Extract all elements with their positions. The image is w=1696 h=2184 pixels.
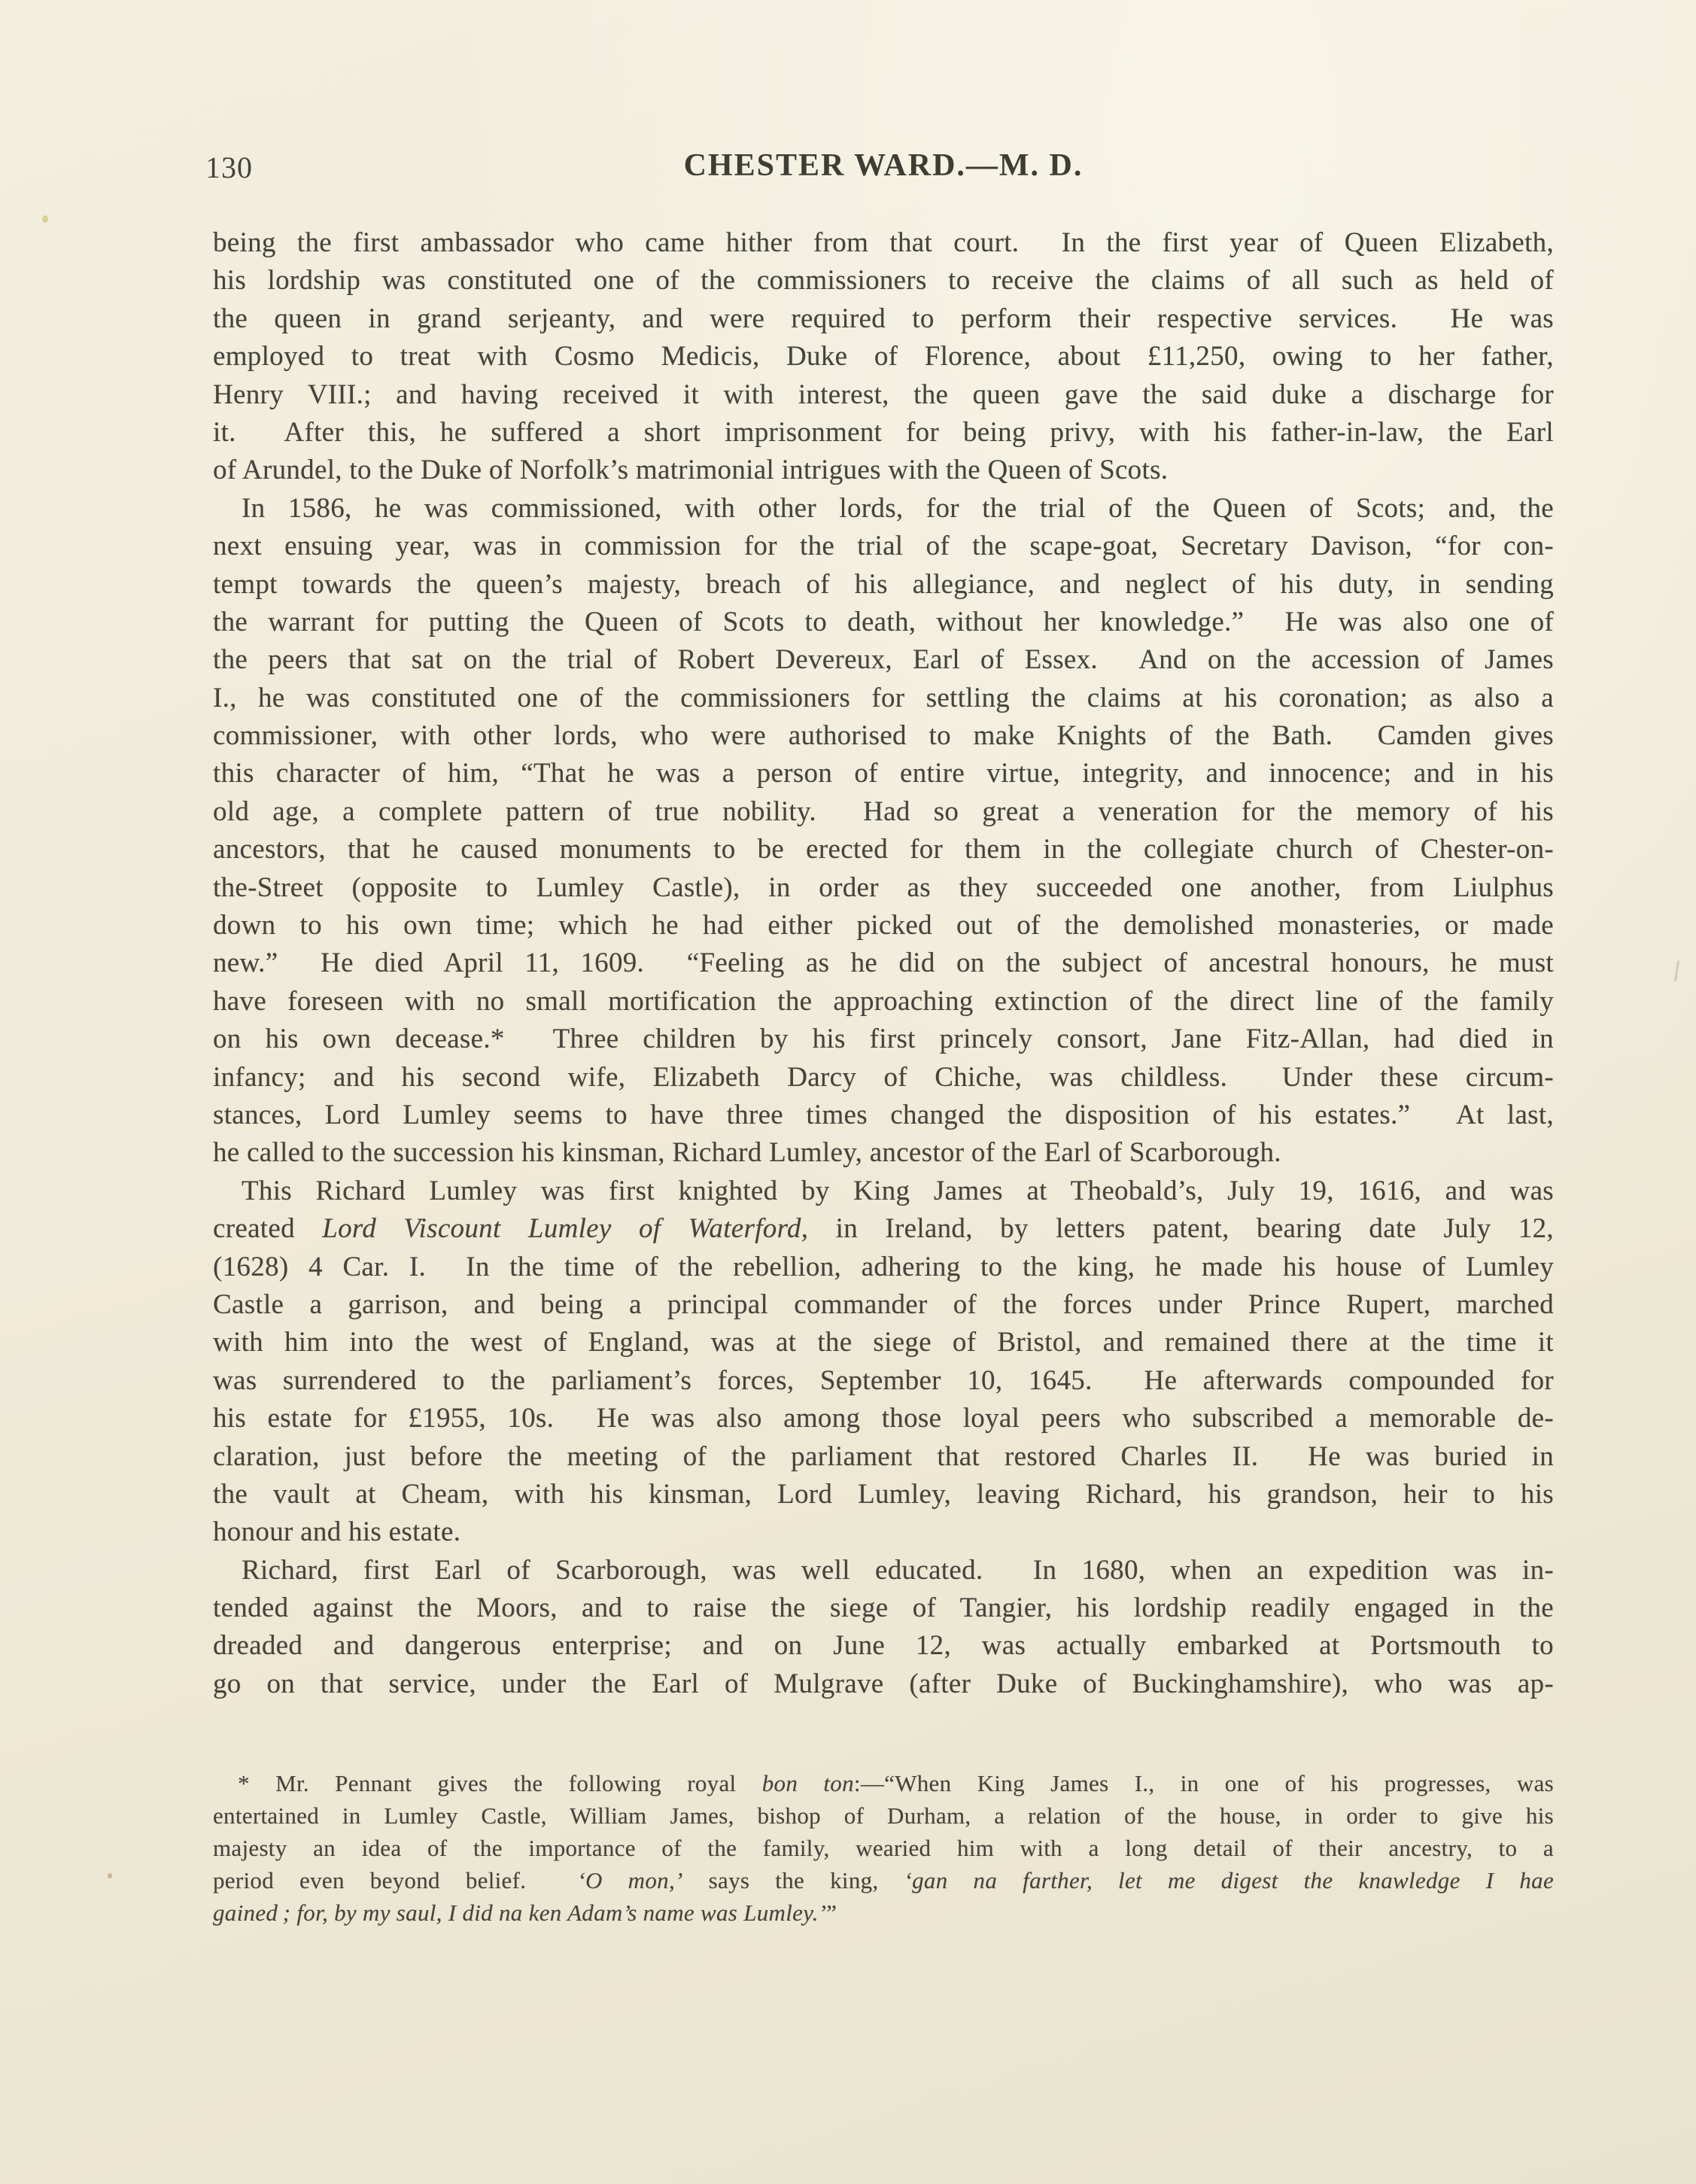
paragraph: In 1586, he was commissioned, with other… [213, 490, 1554, 1173]
text-segment: old age, a complete pattern of true nobi… [213, 796, 1554, 827]
page-number: 130 [205, 150, 253, 185]
text-segment: of Arundel, to the Duke of Norfolk’s mat… [213, 455, 1168, 485]
text-segment: in Ireland, by letters patent, bearing d… [808, 1213, 1554, 1244]
text-segment: the vault at Cheam, with his kinsman, Lo… [213, 1479, 1554, 1510]
text-line: commissioner, with other lords, who were… [213, 717, 1554, 755]
text-segment: ancestors, that he caused monuments to b… [213, 834, 1554, 865]
text-segment: period even beyond belief. [213, 1867, 577, 1894]
text-segment: entertained in Lumley Castle, William Ja… [213, 1802, 1554, 1829]
text-segment: was surrendered to the parliament’s forc… [213, 1365, 1554, 1396]
text-segment: his estate for £1955, 10s. He was also a… [213, 1403, 1554, 1434]
text-segment: created [213, 1213, 322, 1244]
text-segment: (1628) 4 Car. I. In the time of the rebe… [213, 1252, 1554, 1282]
text-line: on his own decease.* Three children by h… [213, 1021, 1554, 1058]
text-segment: this character of him, “That he was a pe… [213, 758, 1554, 789]
text-line: go on that service, under the Earl of Mu… [213, 1665, 1554, 1703]
paper-speck [108, 1873, 112, 1878]
text-segment: says the king, [683, 1867, 904, 1894]
text-line: he called to the succession his kinsman,… [213, 1134, 1554, 1172]
text-line: employed to treat with Cosmo Medicis, Du… [213, 338, 1554, 376]
text-line: honour and his estate. [213, 1513, 1554, 1551]
text-segment: new.” He died April 11, 1609. “Feeling a… [213, 948, 1554, 978]
text-segment: dreaded and dangerous enterprise; and on… [213, 1630, 1554, 1661]
text-line: old age, a complete pattern of true nobi… [213, 793, 1554, 831]
text-line: being the first ambassador who came hith… [213, 224, 1554, 262]
italic-text: ‘O mon,’ [577, 1867, 682, 1894]
text-line: next ensuing year, was in commission for… [213, 528, 1554, 565]
text-segment: tempt towards the queen’s majesty, breac… [213, 569, 1554, 600]
paragraph: * Mr. Pennant gives the following royal … [213, 1767, 1554, 1929]
text-segment: Castle a garrison, and being a principal… [213, 1289, 1554, 1320]
text-line: (1628) 4 Car. I. In the time of the rebe… [213, 1249, 1554, 1286]
text-line: the peers that sat on the trial of Rober… [213, 641, 1554, 679]
text-segment: the peers that sat on the trial of Rober… [213, 644, 1554, 675]
text-segment: the-Street (opposite to Lumley Castle), … [213, 872, 1554, 903]
text-line: * Mr. Pennant gives the following royal … [213, 1767, 1554, 1799]
paragraph: Richard, first Earl of Scarborough, was … [213, 1552, 1554, 1704]
text-segment: with him into the west of England, was a… [213, 1327, 1554, 1358]
italic-text: Lord Viscount Lumley of Waterford, [322, 1213, 808, 1244]
text-line: this character of him, “That he was a pe… [213, 755, 1554, 792]
text-line: tended against the Moors, and to raise t… [213, 1589, 1554, 1627]
paragraph: This Richard Lumley was first knighted b… [213, 1173, 1554, 1552]
text-segment: * Mr. Pennant gives the following royal [238, 1770, 762, 1796]
text-segment: employed to treat with Cosmo Medicis, Du… [213, 341, 1554, 372]
text-segment: next ensuing year, was in commission for… [213, 531, 1554, 561]
paper-speck [42, 215, 48, 223]
text-segment: he called to the succession his kinsman,… [213, 1137, 1281, 1168]
text-line: gained ; for, by my saul, I did na ken A… [213, 1897, 1554, 1929]
text-line: majesty an idea of the importance of the… [213, 1832, 1554, 1864]
paragraph: being the first ambassador who came hith… [213, 224, 1554, 490]
text-segment: the warrant for putting the Queen of Sco… [213, 607, 1554, 637]
scanned-book-page: 130 CHESTER WARD.—M. D. being the first … [0, 0, 1696, 2184]
text-line: have foreseen with no small mortificatio… [213, 983, 1554, 1021]
text-line: entertained in Lumley Castle, William Ja… [213, 1799, 1554, 1832]
text-segment: go on that service, under the Earl of Mu… [213, 1668, 1554, 1699]
text-segment: commissioner, with other lords, who were… [213, 720, 1554, 751]
text-segment: his lordship was constituted one of the … [213, 265, 1554, 296]
text-segment: infancy; and his second wife, Elizabeth … [213, 1062, 1554, 1093]
text-line: This Richard Lumley was first knighted b… [213, 1173, 1554, 1210]
text-line: his lordship was constituted one of the … [213, 262, 1554, 300]
text-segment: down to his own time; which he had eithe… [213, 910, 1554, 941]
italic-text: ‘gan na farther, let me digest the knawl… [904, 1867, 1555, 1894]
text-segment: have foreseen with no small mortificatio… [213, 986, 1554, 1017]
text-line: down to his own time; which he had eithe… [213, 907, 1554, 944]
text-line: with him into the west of England, was a… [213, 1324, 1554, 1361]
text-line: of Arundel, to the Duke of Norfolk’s mat… [213, 452, 1554, 489]
text-segment: In 1586, he was commissioned, with other… [242, 493, 1554, 524]
text-line: it. After this, he suffered a short impr… [213, 414, 1554, 452]
text-line: Richard, first Earl of Scarborough, was … [213, 1552, 1554, 1589]
text-segment: Henry VIII.; and having received it with… [213, 379, 1554, 410]
text-line: In 1586, he was commissioned, with other… [213, 490, 1554, 528]
text-segment: it. After this, he suffered a short impr… [213, 417, 1554, 448]
text-line: dreaded and dangerous enterprise; and on… [213, 1627, 1554, 1665]
text-line: tempt towards the queen’s majesty, breac… [213, 566, 1554, 604]
text-line: period even beyond belief. ‘O mon,’ says… [213, 1864, 1554, 1897]
running-head: 130 CHESTER WARD.—M. D. [213, 148, 1554, 193]
text-line: was surrendered to the parliament’s forc… [213, 1362, 1554, 1400]
text-segment: the queen in grand serjeanty, and were r… [213, 303, 1554, 334]
text-segment: on his own decease.* Three children by h… [213, 1024, 1554, 1054]
text-segment: Richard, first Earl of Scarborough, was … [242, 1555, 1554, 1586]
text-line: I., he was constituted one of the commis… [213, 680, 1554, 717]
italic-text: gained ; for, by my saul, I did na ken A… [213, 1900, 826, 1926]
text-line: ancestors, that he caused monuments to b… [213, 831, 1554, 868]
footnote: * Mr. Pennant gives the following royal … [213, 1767, 1554, 1929]
text-line: the queen in grand serjeanty, and were r… [213, 300, 1554, 338]
text-segment: This Richard Lumley was first knighted b… [242, 1176, 1554, 1206]
text-line: the vault at Cheam, with his kinsman, Lo… [213, 1476, 1554, 1513]
text-line: Castle a garrison, and being a principal… [213, 1286, 1554, 1324]
text-line: the-Street (opposite to Lumley Castle), … [213, 869, 1554, 907]
text-segment: :—“When King James I., in one of his pro… [854, 1770, 1554, 1796]
paper-speck [1674, 960, 1679, 981]
text-segment: I., he was constituted one of the commis… [213, 683, 1554, 713]
text-segment: stances, Lord Lumley seems to have three… [213, 1100, 1554, 1130]
text-line: stances, Lord Lumley seems to have three… [213, 1097, 1554, 1134]
text-line: claration, just before the meeting of th… [213, 1438, 1554, 1476]
running-title: CHESTER WARD.—M. D. [213, 148, 1554, 184]
text-line: his estate for £1955, 10s. He was also a… [213, 1400, 1554, 1437]
text-segment: tended against the Moors, and to raise t… [213, 1592, 1554, 1623]
text-segment: majesty an idea of the importance of the… [213, 1835, 1554, 1861]
text-line: Henry VIII.; and having received it with… [213, 376, 1554, 414]
text-segment: claration, just before the meeting of th… [213, 1441, 1554, 1472]
text-line: the warrant for putting the Queen of Sco… [213, 604, 1554, 641]
text-line: created Lord Viscount Lumley of Waterfor… [213, 1210, 1554, 1248]
text-segment: ” [826, 1900, 837, 1926]
text-segment: honour and his estate. [213, 1516, 460, 1547]
body-text: being the first ambassador who came hith… [213, 224, 1554, 1703]
text-line: new.” He died April 11, 1609. “Feeling a… [213, 944, 1554, 982]
text-segment: being the first ambassador who came hith… [213, 227, 1554, 258]
text-line: infancy; and his second wife, Elizabeth … [213, 1059, 1554, 1097]
italic-text: bon ton [762, 1770, 854, 1796]
